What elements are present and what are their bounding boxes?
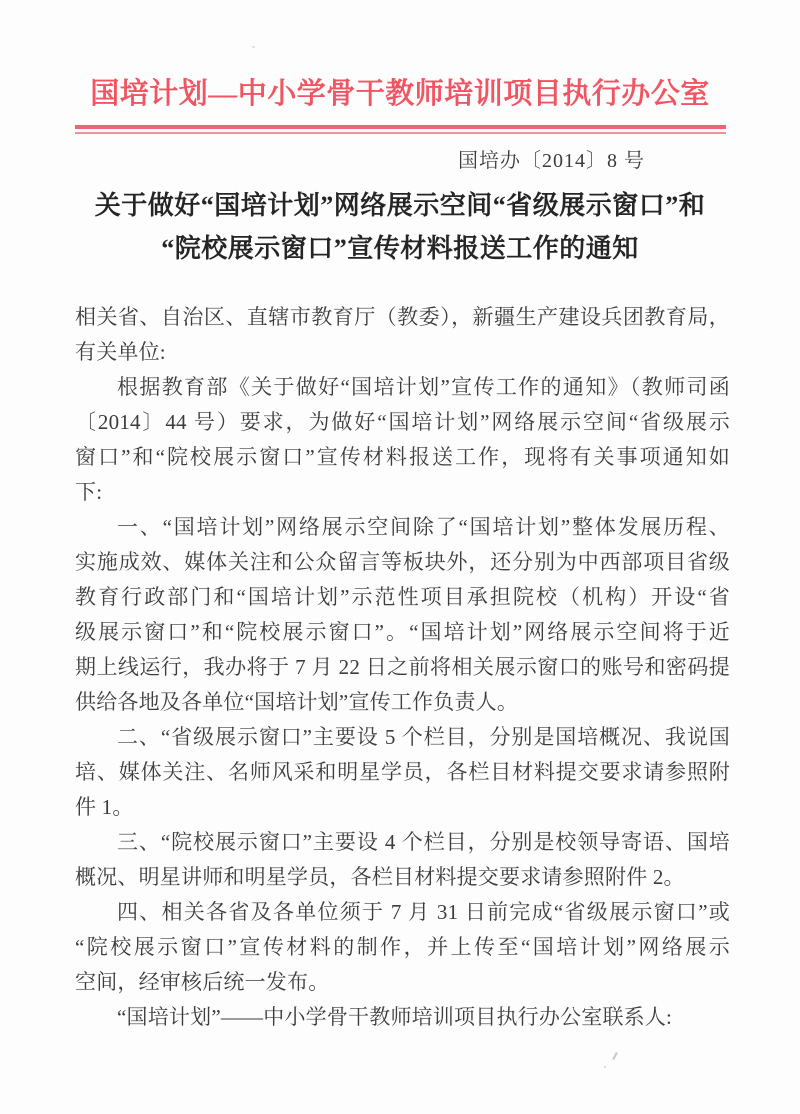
body-line: 四、相关各省及各单位须于 7 月 31 日前完成“省级展示窗口”或 (75, 895, 730, 930)
scan-artifact (612, 1052, 618, 1060)
body-line: 窗口”和“院校展示窗口”宣传材料报送工作，现将有关事项通知如 (75, 440, 730, 475)
body-line: 级展示窗口”和“院校展示窗口”。“国培计划”网络展示空间将于近 (75, 615, 730, 650)
document-page: 国培计划—中小学骨干教师培训项目执行办公室 国培办〔2014〕8 号 关于做好“… (0, 0, 800, 1114)
document-title: 关于做好“国培计划”网络展示空间“省级展示窗口”和 “院校展示窗口”宣传材料报送… (0, 184, 800, 270)
body-line: 〔2014〕44 号）要求，为做好“国培计划”网络展示空间“省级展示 (75, 405, 730, 440)
document-body: 相关省、自治区、直辖市教育厅（教委），新疆生产建设兵团教育局，有关单位:根据教育… (75, 300, 730, 1035)
body-line: 教育行政部门和“国培计划”示范性项目承担院校（机构）开设“省 (75, 580, 730, 615)
letterhead-title: 国培计划—中小学骨干教师培训项目执行办公室 (0, 0, 800, 112)
body-line: “院校展示窗口”宣传材料的制作，并上传至“国培计划”网络展示 (75, 930, 730, 965)
body-line: 概况、明星讲师和明星学员，各栏目材料提交要求请参照附件 2。 (75, 860, 730, 895)
document-title-line1: 关于做好“国培计划”网络展示空间“省级展示窗口”和 (0, 184, 800, 227)
document-title-line2: “院校展示窗口”宣传材料报送工作的通知 (0, 227, 800, 270)
body-line: 根据教育部《关于做好“国培计划”宣传工作的通知》（教师司函 (75, 370, 730, 405)
body-line: 培、媒体关注、名师风采和明星学员，各栏目材料提交要求请参照附 (75, 755, 730, 790)
body-line: 下: (75, 475, 730, 510)
body-line: 二、“省级展示窗口”主要设 5 个栏目，分别是国培概况、我说国 (75, 720, 730, 755)
body-line: 空间，经审核后统一发布。 (75, 965, 730, 1000)
letterhead-divider (75, 125, 726, 134)
body-line: 有关单位: (75, 335, 730, 370)
body-line: 供给各地及各单位“国培计划”宣传工作负责人。 (75, 685, 730, 720)
body-line: 实施成效、媒体关注和公众留言等板块外，还分别为中西部项目省级 (75, 545, 730, 580)
body-line: 三、“院校展示窗口”主要设 4 个栏目，分别是校领导寄语、国培 (75, 825, 730, 860)
body-line: 件 1。 (75, 790, 730, 825)
body-line: 一、“国培计划”网络展示空间除了“国培计划”整体发展历程、 (75, 510, 730, 545)
scan-artifact (604, 1066, 606, 1068)
doc-number: 国培办〔2014〕8 号 (0, 148, 800, 174)
body-line: 期上线运行，我办将于 7 月 22 日之前将相关展示窗口的账号和密码提 (75, 650, 730, 685)
body-line: 相关省、自治区、直辖市教育厅（教委），新疆生产建设兵团教育局， (75, 300, 730, 335)
body-line: “国培计划”——中小学骨干教师培训项目执行办公室联系人: (75, 1000, 730, 1035)
